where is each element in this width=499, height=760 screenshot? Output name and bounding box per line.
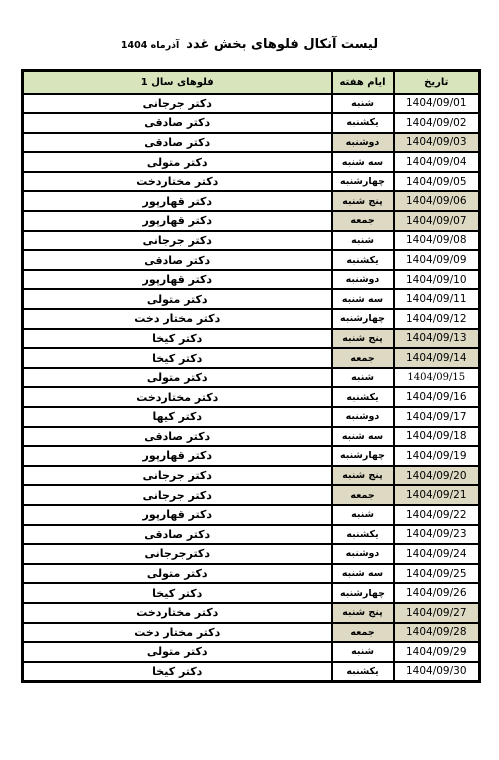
table-row: 1404/09/15 شنبه دکتر متولی <box>23 368 480 388</box>
date-cell: 1404/09/27 <box>394 603 480 623</box>
weekday-cell: چهارشنبه <box>332 172 394 192</box>
fellow-cell: دکتر کیخا <box>23 348 332 368</box>
date-cell: 1404/09/11 <box>394 289 480 309</box>
table-row: 1404/09/01 شنبه دکتر جرجانی <box>23 94 480 114</box>
document-page: لیست آنکال فلوهای بخش غددآذرماه 1404 تار… <box>0 0 499 760</box>
fellow-cell: دکتر مختار دخت <box>23 309 332 329</box>
table-row: 1404/09/29 شنبه دکتر متولی <box>23 642 480 662</box>
table-row: 1404/09/11 سه شنبه دکتر متولی <box>23 289 480 309</box>
date-cell: 1404/09/25 <box>394 564 480 584</box>
table-row: 1404/09/14 جمعه دکتر کیخا <box>23 348 480 368</box>
table-row: 1404/09/04 سه شنبه دکتر متولی <box>23 152 480 172</box>
date-cell: 1404/09/20 <box>394 466 480 486</box>
oncall-schedule-table: تاریخ ایام هفته فلوهای سال 1 1404/09/01 … <box>21 69 481 683</box>
date-cell: 1404/09/15 <box>394 368 480 388</box>
fellow-cell: دکتر مختاردخت <box>23 172 332 192</box>
weekday-cell: جمعه <box>332 485 394 505</box>
fellow-cell: دکتر کیخا <box>23 583 332 603</box>
header-fellows-year1: فلوهای سال 1 <box>23 71 332 94</box>
table-row: 1404/09/12 چهارشنبه دکتر مختار دخت <box>23 309 480 329</box>
weekday-cell: چهارشنبه <box>332 309 394 329</box>
weekday-cell: چهارشنبه <box>332 446 394 466</box>
date-cell: 1404/09/23 <box>394 525 480 545</box>
fellow-cell: دکتر قهارپور <box>23 505 332 525</box>
fellow-cell: دکتر مختاردخت <box>23 603 332 623</box>
table-row: 1404/09/07 جمعه دکتر قهارپور <box>23 211 480 231</box>
header-row: تاریخ ایام هفته فلوهای سال 1 <box>23 71 480 94</box>
table-body: 1404/09/01 شنبه دکتر جرجانی 1404/09/02 ی… <box>23 94 480 682</box>
fellow-cell: دکتر قهارپور <box>23 191 332 211</box>
date-cell: 1404/09/02 <box>394 113 480 133</box>
title-main-text: لیست آنکال فلوهای بخش غدد <box>186 37 378 52</box>
weekday-cell: سه شنبه <box>332 427 394 447</box>
table-row: 1404/09/25 سه شنبه دکتر متولی <box>23 564 480 584</box>
table-row: 1404/09/18 سه شنبه دکتر صادقی <box>23 427 480 447</box>
weekday-cell: یکشنبه <box>332 113 394 133</box>
weekday-cell: شنبه <box>332 642 394 662</box>
weekday-cell: پنج شنبه <box>332 329 394 349</box>
fellow-cell: دکتر کیخا <box>23 662 332 682</box>
weekday-cell: یکشنبه <box>332 525 394 545</box>
table-row: 1404/09/26 چهارشنبه دکتر کیخا <box>23 583 480 603</box>
table-row: 1404/09/06 پنج شنبه دکتر قهارپور <box>23 191 480 211</box>
fellow-cell: دکتر صادقی <box>23 427 332 447</box>
table-row: 1404/09/22 شنبه دکتر قهارپور <box>23 505 480 525</box>
table-row: 1404/09/19 چهارشنبه دکتر قهارپور <box>23 446 480 466</box>
table-row: 1404/09/02 یکشنبه دکتر صادقی <box>23 113 480 133</box>
date-cell: 1404/09/16 <box>394 387 480 407</box>
fellow-cell: دکتر کیها <box>23 407 332 427</box>
date-cell: 1404/09/12 <box>394 309 480 329</box>
table-row: 1404/09/21 جمعه دکتر جرجانی <box>23 485 480 505</box>
date-cell: 1404/09/17 <box>394 407 480 427</box>
weekday-cell: سه شنبه <box>332 564 394 584</box>
table-row: 1404/09/05 چهارشنبه دکتر مختاردخت <box>23 172 480 192</box>
fellow-cell: دکتر قهارپور <box>23 211 332 231</box>
date-cell: 1404/09/01 <box>394 94 480 114</box>
fellow-cell: دکتر کیخا <box>23 329 332 349</box>
table-row: 1404/09/17 دوشنبه دکتر کیها <box>23 407 480 427</box>
fellow-cell: دکتر قهارپور <box>23 446 332 466</box>
date-cell: 1404/09/05 <box>394 172 480 192</box>
date-cell: 1404/09/30 <box>394 662 480 682</box>
weekday-cell: پنج شنبه <box>332 466 394 486</box>
weekday-cell: دوشنبه <box>332 133 394 153</box>
fellow-cell: دکتر متولی <box>23 642 332 662</box>
fellow-cell: دکتر جرجانی <box>23 94 332 114</box>
date-cell: 1404/09/29 <box>394 642 480 662</box>
table-row: 1404/09/24 دوشنبه دکترجرجانی <box>23 544 480 564</box>
weekday-cell: شنبه <box>332 94 394 114</box>
table-row: 1404/09/03 دوشنبه دکتر صادقی <box>23 133 480 153</box>
table-row: 1404/09/16 یکشنبه دکتر مختاردخت <box>23 387 480 407</box>
weekday-cell: سه شنبه <box>332 289 394 309</box>
title-month-year: آذرماه 1404 <box>121 40 179 51</box>
fellow-cell: دکتر صادقی <box>23 113 332 133</box>
weekday-cell: شنبه <box>332 505 394 525</box>
date-cell: 1404/09/24 <box>394 544 480 564</box>
fellow-cell: دکتر مختاردخت <box>23 387 332 407</box>
fellow-cell: دکتر متولی <box>23 289 332 309</box>
weekday-cell: پنج شنبه <box>332 191 394 211</box>
table-row: 1404/09/30 یکشنبه دکتر کیخا <box>23 662 480 682</box>
table-row: 1404/09/10 دوشنبه دکتر قهارپور <box>23 270 480 290</box>
table-row: 1404/09/08 شنبه دکتر جرجانی <box>23 231 480 251</box>
fellow-cell: دکتر متولی <box>23 152 332 172</box>
weekday-cell: یکشنبه <box>332 662 394 682</box>
fellow-cell: دکتر متولی <box>23 564 332 584</box>
table-header: تاریخ ایام هفته فلوهای سال 1 <box>23 71 480 94</box>
header-weekday: ایام هفته <box>332 71 394 94</box>
fellow-cell: دکتر صادقی <box>23 525 332 545</box>
weekday-cell: دوشنبه <box>332 407 394 427</box>
fellow-cell: دکتر جرجانی <box>23 466 332 486</box>
table-row: 1404/09/28 جمعه دکتر مختار دخت <box>23 623 480 643</box>
weekday-cell: شنبه <box>332 231 394 251</box>
table-row: 1404/09/23 یکشنبه دکتر صادقی <box>23 525 480 545</box>
date-cell: 1404/09/18 <box>394 427 480 447</box>
document-title: لیست آنکال فلوهای بخش غددآذرماه 1404 <box>0 33 499 52</box>
date-cell: 1404/09/26 <box>394 583 480 603</box>
table-row: 1404/09/13 پنج شنبه دکتر کیخا <box>23 329 480 349</box>
date-cell: 1404/09/14 <box>394 348 480 368</box>
weekday-cell: دوشنبه <box>332 270 394 290</box>
date-cell: 1404/09/08 <box>394 231 480 251</box>
date-cell: 1404/09/22 <box>394 505 480 525</box>
date-cell: 1404/09/21 <box>394 485 480 505</box>
date-cell: 1404/09/07 <box>394 211 480 231</box>
date-cell: 1404/09/13 <box>394 329 480 349</box>
fellow-cell: دکتر صادقی <box>23 133 332 153</box>
date-cell: 1404/09/06 <box>394 191 480 211</box>
table-row: 1404/09/20 پنج شنبه دکتر جرجانی <box>23 466 480 486</box>
fellow-cell: دکتر جرجانی <box>23 231 332 251</box>
date-cell: 1404/09/09 <box>394 250 480 270</box>
date-cell: 1404/09/10 <box>394 270 480 290</box>
date-cell: 1404/09/28 <box>394 623 480 643</box>
weekday-cell: یکشنبه <box>332 250 394 270</box>
fellow-cell: دکترجرجانی <box>23 544 332 564</box>
weekday-cell: یکشنبه <box>332 387 394 407</box>
date-cell: 1404/09/04 <box>394 152 480 172</box>
date-cell: 1404/09/19 <box>394 446 480 466</box>
fellow-cell: دکتر مختار دخت <box>23 623 332 643</box>
weekday-cell: دوشنبه <box>332 544 394 564</box>
table-row: 1404/09/09 یکشنبه دکتر صادقی <box>23 250 480 270</box>
weekday-cell: سه شنبه <box>332 152 394 172</box>
fellow-cell: دکتر متولی <box>23 368 332 388</box>
table-row: 1404/09/27 پنج شنبه دکتر مختاردخت <box>23 603 480 623</box>
date-cell: 1404/09/03 <box>394 133 480 153</box>
fellow-cell: دکتر جرجانی <box>23 485 332 505</box>
weekday-cell: چهارشنبه <box>332 583 394 603</box>
header-date: تاریخ <box>394 71 480 94</box>
fellow-cell: دکتر صادقی <box>23 250 332 270</box>
weekday-cell: پنج شنبه <box>332 603 394 623</box>
weekday-cell: جمعه <box>332 348 394 368</box>
weekday-cell: جمعه <box>332 211 394 231</box>
fellow-cell: دکتر قهارپور <box>23 270 332 290</box>
weekday-cell: جمعه <box>332 623 394 643</box>
weekday-cell: شنبه <box>332 368 394 388</box>
